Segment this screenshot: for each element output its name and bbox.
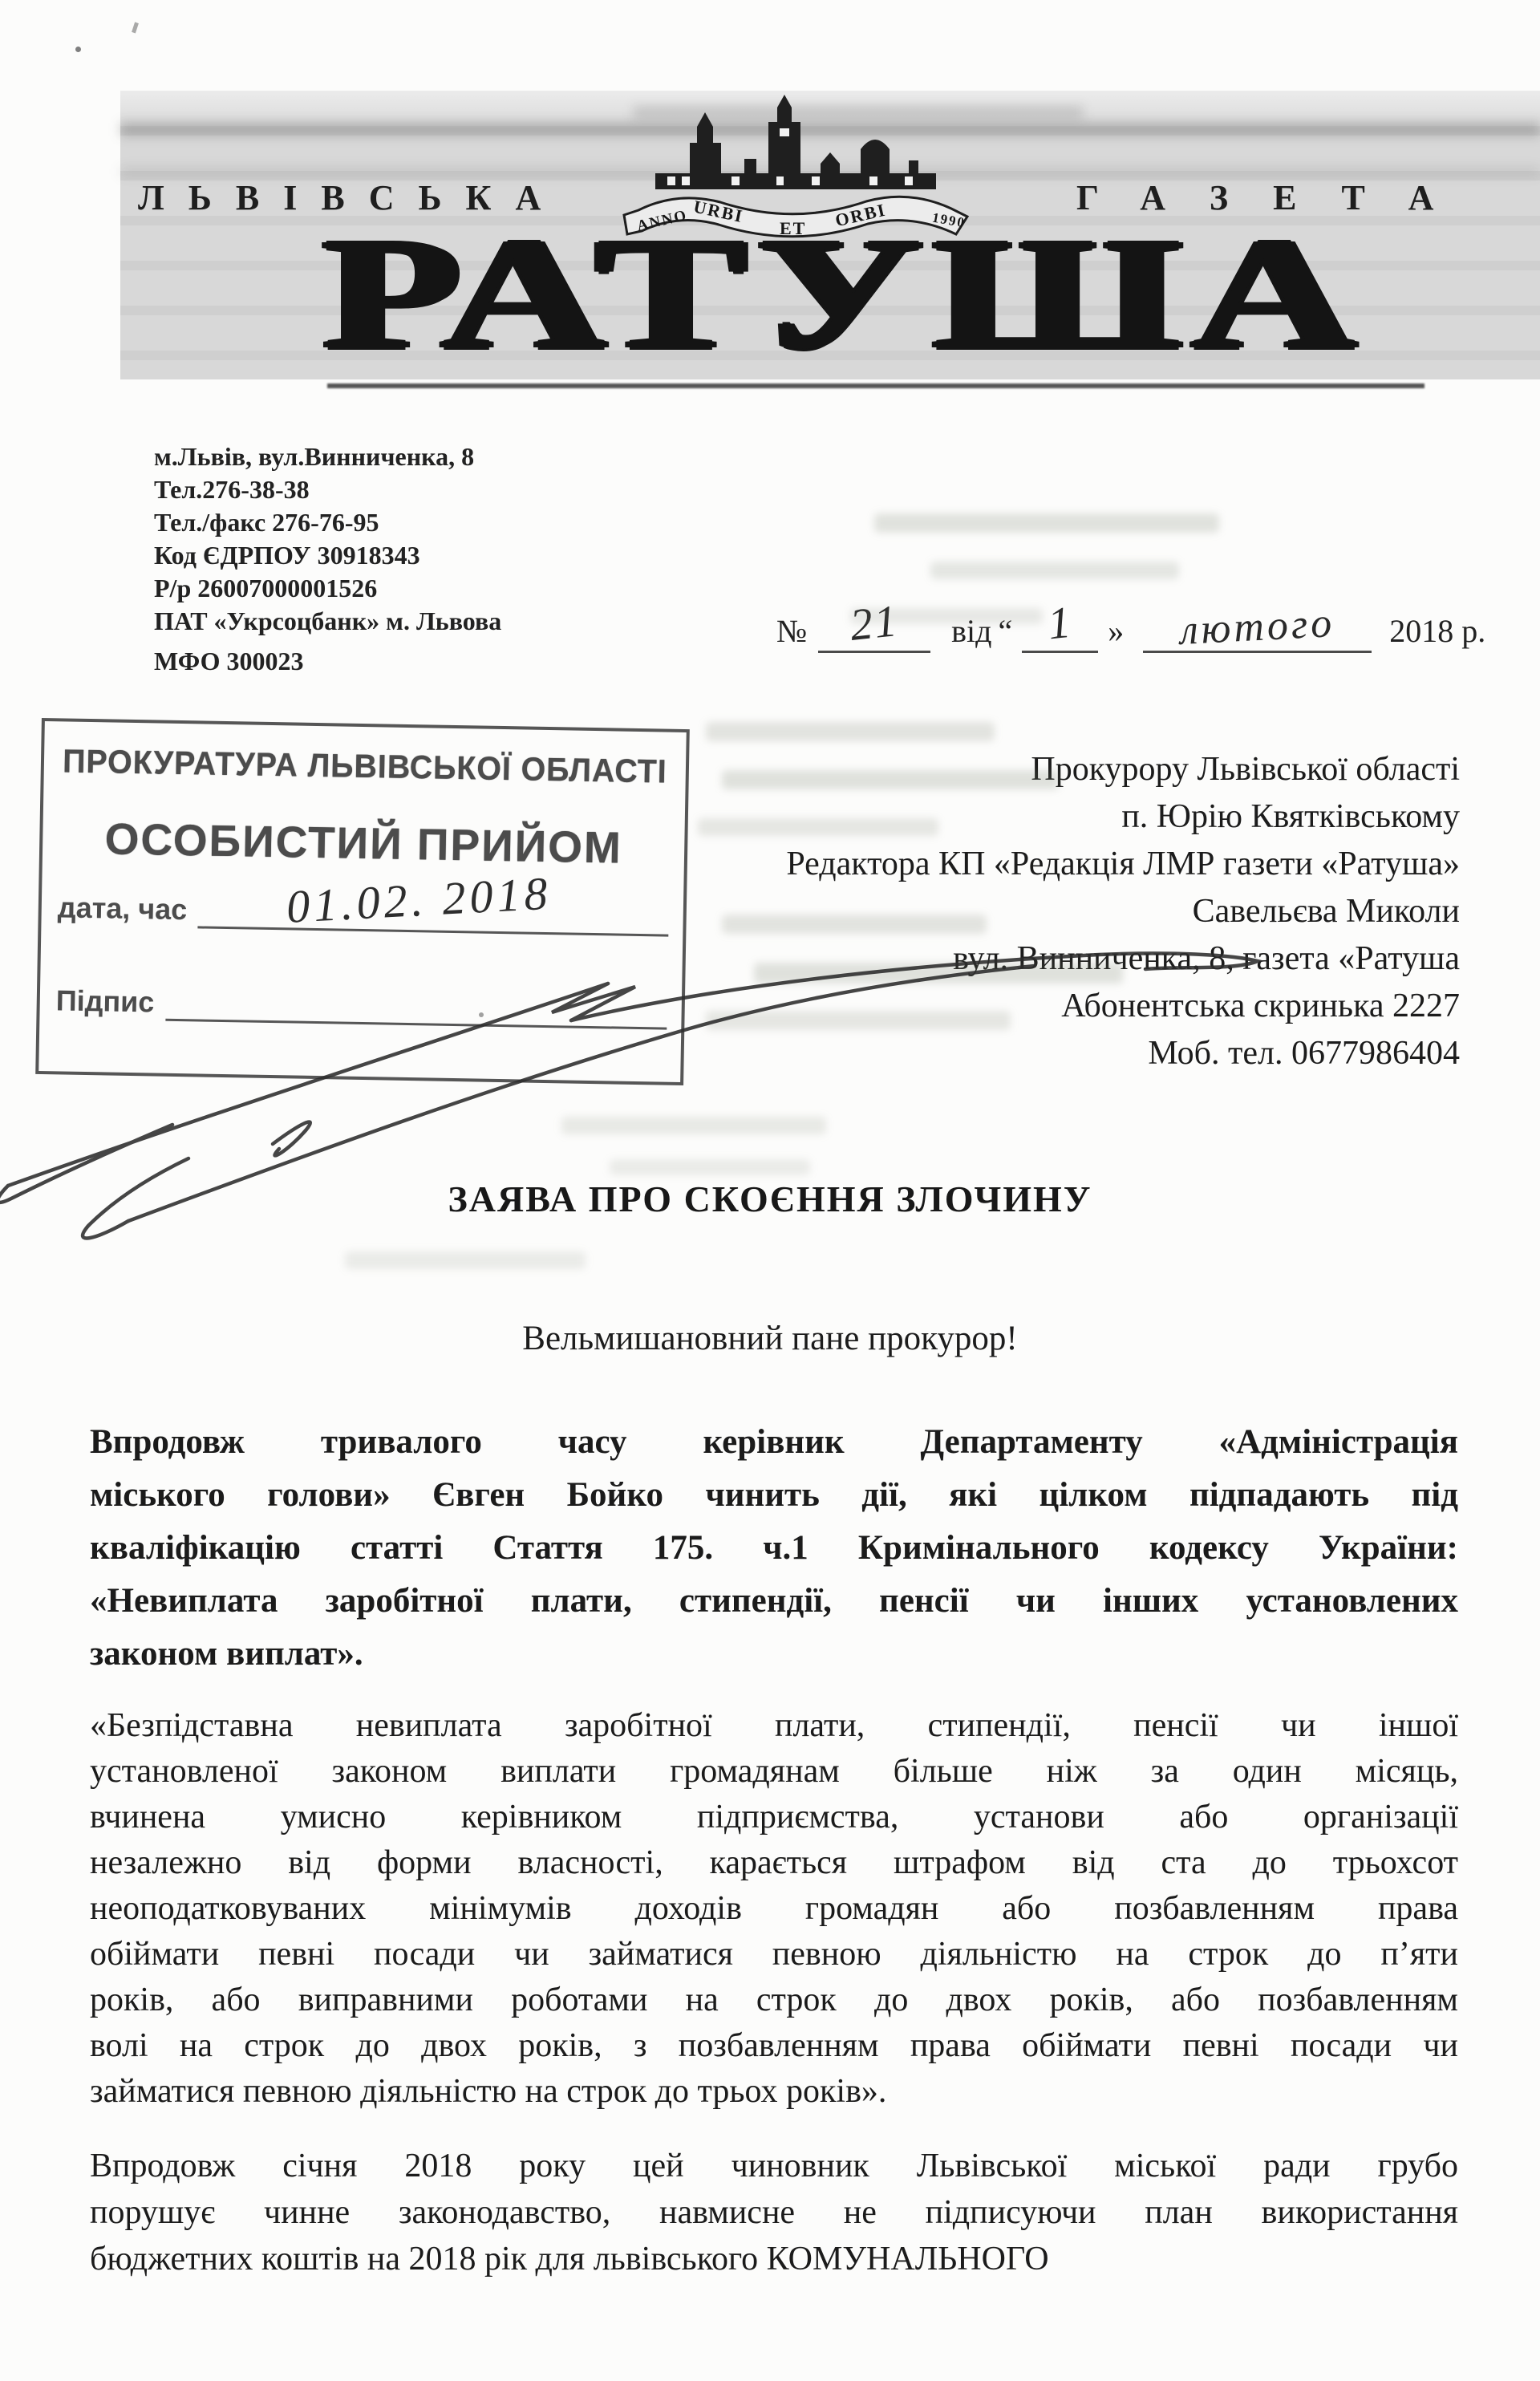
- scan-speck: [75, 47, 81, 52]
- text-line: Тел.276-38-38: [154, 473, 501, 506]
- text-line: Код ЄДРПОУ 30918343: [154, 539, 501, 572]
- text-line: Тел./факс 276-76-95: [154, 506, 501, 539]
- text-line: обіймати певні посади чи займатися певно…: [90, 1933, 1458, 1978]
- text-line: Впродовж тривалого часу керівник Департа…: [90, 1418, 1458, 1471]
- text-line: законом виплат».: [90, 1630, 1458, 1683]
- stamp-type-line: ОСОБИСТИЙ ПРИЙОМ: [43, 812, 685, 874]
- salutation: Вельмишановний пане прокурор!: [0, 1319, 1540, 1358]
- stamp-org-line: ПРОКУРАТУРА ЛЬВІВСЬКОЇ ОБЛАСТІ: [57, 742, 674, 790]
- number-label: №: [776, 612, 807, 653]
- text-line: Редактора КП «Редакція ЛМР газети «Ратуш…: [786, 841, 1460, 888]
- number-field: 21: [818, 604, 930, 653]
- reference-number-line: № 21 від “ 1 » лютого 2018 р.: [776, 603, 1485, 653]
- text-line: вчинена умисно керівником підприємства, …: [90, 1795, 1458, 1841]
- text-line: незалежно від форми власності, карається…: [90, 1841, 1458, 1887]
- close-quote: »: [1108, 612, 1124, 653]
- text-line: п. Юрію Квятківському: [786, 793, 1460, 841]
- handwritten-month: лютого: [1142, 598, 1373, 657]
- scan-speck: [132, 22, 139, 34]
- text-line: займатися певною діяльністю на строк до …: [90, 2070, 1458, 2115]
- text-line: МФО 300023: [154, 645, 501, 678]
- year-label: 2018 р.: [1389, 612, 1485, 653]
- handwritten-number: 21: [816, 592, 933, 655]
- scanned-letter-page: ЛЬВІВСЬКА ГАЗЕТА ANNO URBI ET ORBI 1990 …: [0, 0, 1540, 2381]
- masthead-rule: [327, 383, 1424, 388]
- body-paragraph-law-quote: «Безпідставна невиплата заробітної плати…: [90, 1704, 1458, 2115]
- text-line: бюджетних коштів на 2018 рік для львівсь…: [90, 2237, 1458, 2283]
- text-line: м.Львів, вул.Винниченка, 8: [154, 440, 501, 473]
- text-line: ПАТ «Укрсоцбанк» м. Львова: [154, 605, 501, 638]
- bleed-through-mark: [874, 513, 1219, 533]
- text-line: порушує чинне законодавство, навмисне не…: [90, 2190, 1458, 2237]
- text-line: Р/р 26007000001526: [154, 572, 501, 605]
- bleed-through-mark: [930, 562, 1179, 579]
- text-line: кваліфікацію статті Стаття 175. ч.1 Крим…: [90, 1524, 1458, 1577]
- text-line: «Безпідставна невиплата заробітної плати…: [90, 1704, 1458, 1750]
- day-field: 1: [1022, 604, 1098, 653]
- text-line: Прокурору Львівської області: [786, 746, 1460, 793]
- open-quote: “: [999, 612, 1013, 653]
- bleed-through-mark: [706, 722, 995, 741]
- text-line: волі на строк до двох років, з позбавлен…: [90, 2024, 1458, 2070]
- handwritten-day: 1: [1019, 594, 1100, 653]
- text-line: років, або виправними роботами на строк …: [90, 1978, 1458, 2024]
- signature-scrawl: [0, 907, 1364, 1284]
- newspaper-name: РАТУША: [322, 212, 1365, 376]
- text-line: «Невиплата заробітної плати, стипендії, …: [90, 1577, 1458, 1630]
- body-paragraph-accusation: Впродовж тривалого часу керівник Департа…: [90, 1418, 1458, 1683]
- text-line: Впродовж січня 2018 року цей чиновник Ль…: [90, 2144, 1458, 2190]
- body-paragraph-january: Впродовж січня 2018 року цей чиновник Ль…: [90, 2144, 1458, 2283]
- text-line: міського голови» Євген Бойко чинить дії,…: [90, 1471, 1458, 1524]
- sender-address-block: м.Львів, вул.Винниченка, 8Тел.276-38-38Т…: [154, 440, 501, 678]
- text-line: установленої законом виплати громадянам …: [90, 1750, 1458, 1795]
- month-field: лютого: [1143, 604, 1372, 653]
- from-label: від: [951, 612, 991, 653]
- text-line: неоподатковуваних мінімумів доходів гром…: [90, 1887, 1458, 1933]
